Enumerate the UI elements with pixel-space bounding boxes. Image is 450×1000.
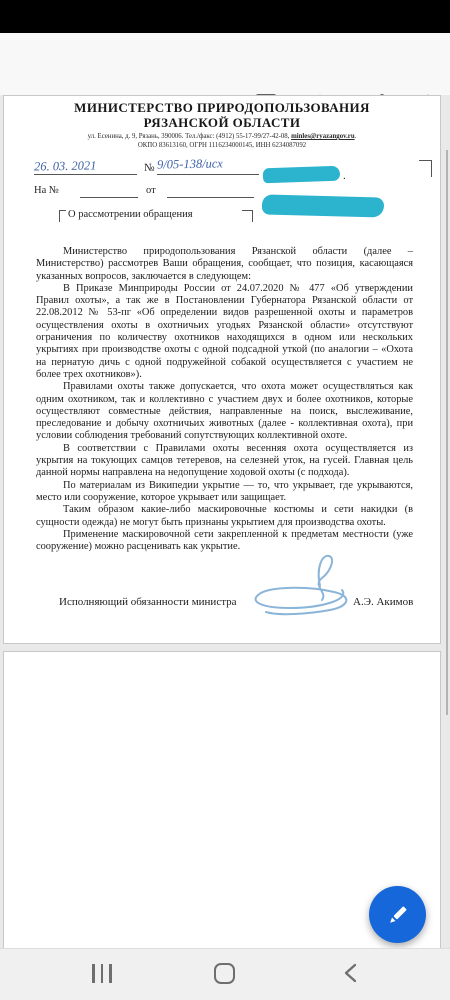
incoming-date-blank	[167, 185, 254, 198]
letterhead-address-line1: ул. Есенина, д. 9, Рязань, 390006. Тел./…	[4, 133, 440, 142]
redaction-mark-2	[262, 194, 384, 217]
handwritten-signature	[242, 548, 367, 628]
nav-back-icon[interactable]	[341, 962, 361, 984]
recents-icon[interactable]	[92, 964, 112, 983]
redaction-mark-1	[263, 166, 340, 184]
na-no-label: На №	[34, 185, 59, 196]
number-sign: №	[144, 162, 155, 174]
pencil-icon	[385, 902, 411, 928]
email-link: minles@ryazangov.ru	[291, 133, 355, 140]
phone-screen: МИНИСТЕРСТВО ПРИРОДОПОЛЬЗОВАНИЯ РЯЗАНСКО…	[0, 0, 450, 1000]
signer-position: Исполняющий обязанности министра	[59, 596, 237, 608]
handwritten-date: 26. 03. 2021	[34, 158, 97, 174]
ot-label: от	[146, 185, 156, 196]
outgoing-number-field: 9/05-138/исх	[157, 155, 259, 175]
document-page-1: МИНИСТЕРСТВО ПРИРОДОПОЛЬЗОВАНИЯ РЯЗАНСКО…	[3, 95, 441, 644]
paragraph: Таким образом какие-либо маскировочные к…	[36, 504, 413, 529]
toolbar	[0, 33, 450, 95]
letterhead-title-line1: МИНИСТЕРСТВО ПРИРОДОПОЛЬЗОВАНИЯ	[4, 100, 440, 115]
paragraph: Правилами охоты также допускается, что о…	[36, 381, 413, 442]
edit-fab-button[interactable]	[369, 886, 426, 943]
subject-line: О рассмотрении обращения	[68, 209, 193, 220]
letterhead-title: МИНИСТЕРСТВО ПРИРОДОПОЛЬЗОВАНИЯ РЯЗАНСКО…	[4, 100, 440, 130]
paragraph: В Приказе Минприроды России от 24.07.202…	[36, 283, 413, 381]
outgoing-date-field: 26. 03. 2021	[34, 157, 137, 175]
letter-body: Министерство природопользования Рязанско…	[36, 246, 413, 553]
scrollbar[interactable]	[446, 150, 448, 715]
incoming-number-blank	[80, 185, 138, 198]
address-text: ул. Есенина, д. 9, Рязань, 390006. Тел./…	[88, 133, 291, 140]
document-viewport: МИНИСТЕРСТВО ПРИРОДОПОЛЬЗОВАНИЯ РЯЗАНСКО…	[0, 95, 450, 948]
status-bar	[0, 0, 450, 33]
subject-corner-bracket-right	[242, 210, 253, 222]
addressee-corner-bracket	[419, 160, 432, 177]
letterhead-title-line2: РЯЗАНСКОЙ ОБЛАСТИ	[4, 115, 440, 130]
subject-corner-bracket-left	[59, 210, 66, 222]
home-icon[interactable]	[214, 963, 235, 984]
address-period: .	[355, 133, 357, 140]
handwritten-number: 9/05-138/исх	[157, 156, 223, 172]
paragraph: По материалам из Википедии укрытие — то,…	[36, 480, 413, 505]
letterhead-address-line2: ОКПО 83613160, ОГРН 1116234000145, ИНН 6…	[4, 142, 440, 151]
letterhead-address: ул. Есенина, д. 9, Рязань, 390006. Тел./…	[4, 133, 440, 150]
paragraph: Министерство природопользования Рязанско…	[36, 246, 413, 283]
redaction-trailing-period: .	[343, 170, 346, 182]
paragraph: В соответствии с Правилами охоты весення…	[36, 443, 413, 480]
signer-name: А.Э. Акимов	[353, 596, 413, 608]
